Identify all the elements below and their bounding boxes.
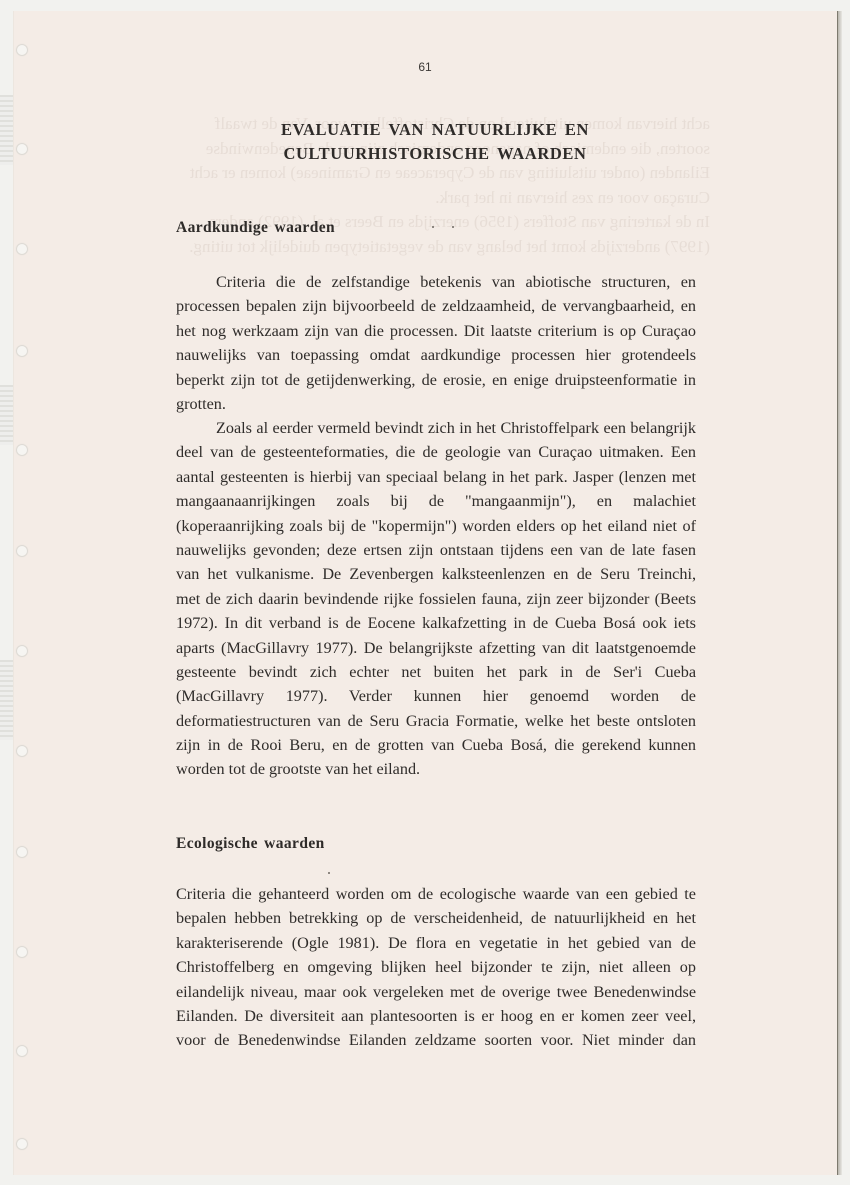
text-line: worden tot de grootste van het eiland. bbox=[176, 757, 696, 781]
text-line: met de zich daarin bevindende rijke foss… bbox=[176, 587, 696, 611]
section-heading-ecologische: Ecologische waarden bbox=[176, 835, 325, 853]
text-line: nauwelijks van toepassing omdat aardkund… bbox=[176, 343, 696, 367]
punch-hole-icon bbox=[16, 846, 28, 858]
speck bbox=[452, 226, 454, 228]
text-line: van het vulkanisme. De Zevenbergen kalks… bbox=[176, 562, 696, 586]
punch-hole-icon bbox=[16, 946, 28, 958]
text-line: karakteriserende (Ogle 1981). De flora e… bbox=[176, 931, 696, 955]
paragraph: Criteria die gehanteerd worden om de eco… bbox=[176, 882, 696, 1053]
text-line: beperkt zijn tot de getijdenwerking, de … bbox=[176, 368, 696, 392]
section-heading-aardkundige: Aardkundige waarden bbox=[176, 219, 335, 237]
page-title: EVALUATIE VAN NATUURLIJKE EN CULTUURHIST… bbox=[0, 118, 850, 166]
page-number: 61 bbox=[0, 60, 850, 74]
punch-hole-icon bbox=[16, 444, 28, 456]
text-line: 1972). In dit verband is de Eocene kalka… bbox=[176, 611, 696, 635]
text-line: nauwelijks gevonden; deze ertsen zijn on… bbox=[176, 538, 696, 562]
text-line: bepalen hebben betrekking op de verschei… bbox=[176, 906, 696, 930]
text-line: voor de Benedenwindse Eilanden zeldzame … bbox=[176, 1028, 696, 1052]
text-line: het nog werkzaam zijn van die processen.… bbox=[176, 319, 696, 343]
paragraph: Zoals al eerder vermeld bevindt zich in … bbox=[176, 416, 696, 782]
text-line: aparts (MacGillavry 1977). De belangrijk… bbox=[176, 636, 696, 660]
text-line: (MacGillavry 1977). Verder kunnen hier g… bbox=[176, 684, 696, 708]
title-line: EVALUATIE VAN NATUURLIJKE EN bbox=[0, 118, 850, 142]
text-line: mangaanaanrijkingen zoals bij de "mangaa… bbox=[176, 489, 696, 513]
punch-hole-icon bbox=[16, 44, 28, 56]
text-line: deel van de gesteenteformaties, die de g… bbox=[176, 440, 696, 464]
punch-hole-icon bbox=[16, 243, 28, 255]
text-line: grotten. bbox=[176, 392, 696, 416]
punch-hole-icon bbox=[16, 345, 28, 357]
page-edge-shadow bbox=[838, 11, 842, 1175]
text-line: Eilanden. De diversiteit aan plantesoort… bbox=[176, 1004, 696, 1028]
speck bbox=[432, 226, 434, 228]
text-line: Zoals al eerder vermeld bevindt zich in … bbox=[176, 416, 696, 440]
title-line: CULTUURHISTORISCHE WAARDEN bbox=[0, 142, 850, 166]
text-line: (koperaanrijking zoals bij de "kopermijn… bbox=[176, 514, 696, 538]
text-line: Christoffelberg en omgeving blijken heel… bbox=[176, 955, 696, 979]
text-line: Criteria die de zelfstandige betekenis v… bbox=[176, 270, 696, 294]
text-line: gesteente bevindt zich echter net buiten… bbox=[176, 660, 696, 684]
text-line: deformatiestructuren van de Seru Gracia … bbox=[176, 709, 696, 733]
punch-hole-icon bbox=[16, 745, 28, 757]
text-line: processen bepalen zijn bijvoorbeeld de z… bbox=[176, 294, 696, 318]
punch-hole-icon bbox=[16, 645, 28, 657]
scan-smudge bbox=[0, 660, 14, 740]
text-line: aantal gesteenten is hierbij van speciaa… bbox=[176, 465, 696, 489]
text-line: Criteria die gehanteerd worden om de eco… bbox=[176, 882, 696, 906]
text-line: zijn in de Rooi Beru, en de grotten van … bbox=[176, 733, 696, 757]
punch-hole-icon bbox=[16, 1045, 28, 1057]
text-line: eilandelijk niveau, maar ook vergeleken … bbox=[176, 980, 696, 1004]
punch-hole-icon bbox=[16, 545, 28, 557]
speck bbox=[328, 872, 330, 874]
scan-smudge bbox=[0, 385, 14, 445]
punch-hole-icon bbox=[16, 1138, 28, 1150]
paragraph: Criteria die de zelfstandige betekenis v… bbox=[176, 270, 696, 416]
